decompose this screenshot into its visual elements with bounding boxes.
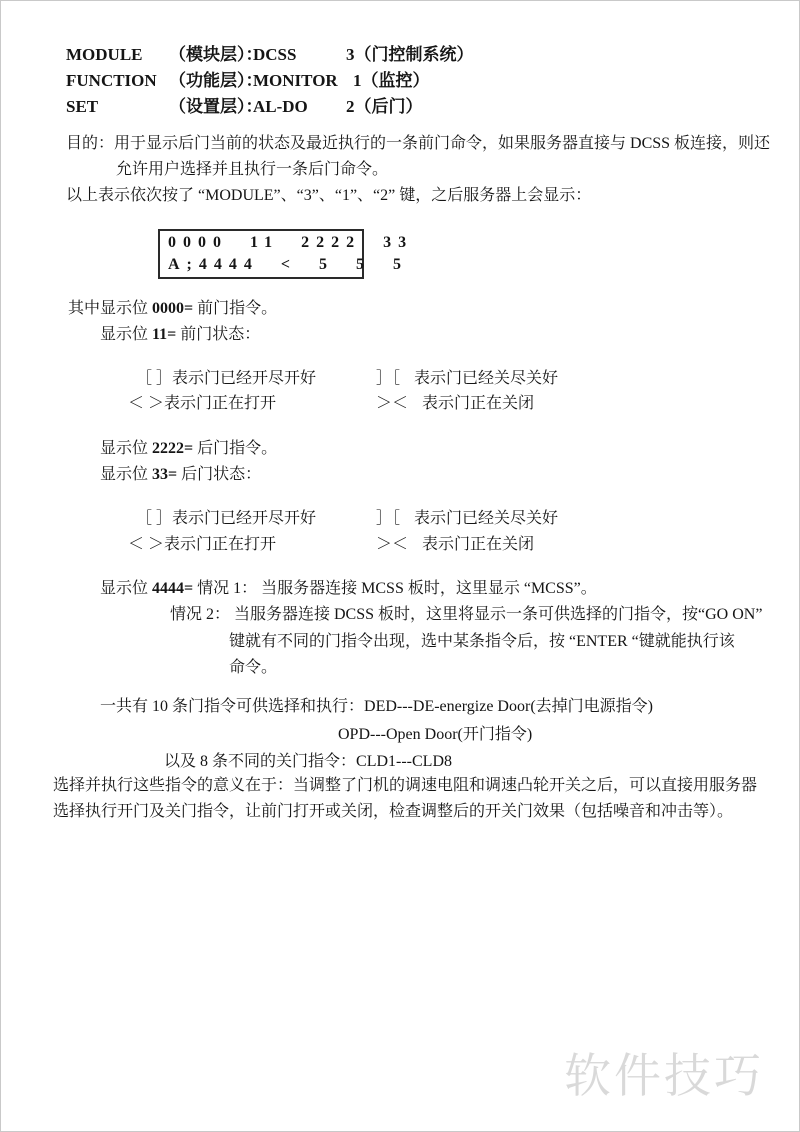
header-function-num: 1（监控）	[353, 71, 430, 91]
closing-line1: 选择并执行这些指令的意义在于：当调整了门机的调速电阻和调速凸轮开关之后，可以直接…	[53, 776, 757, 796]
header-set-zh: （设置层）：	[169, 97, 263, 117]
server-display-box: 0000 11 2222 33 A;4444 < 5 5 5	[158, 229, 364, 279]
closed-done-label: 表示门已经关尽关好	[414, 370, 558, 387]
digit-4444-lead: 显示位	[100, 580, 152, 597]
back-opening: ＜ ＞表示门正在打开	[128, 535, 276, 555]
digit-11-code: 11=	[152, 326, 176, 343]
purpose-text1: 用于显示后门当前的状态及最近执行的一条前门命令，如果服务器直接与 DCSS 板连…	[114, 135, 770, 152]
commands-intro: 一共有 10 条门指令可供选择和执行：	[100, 698, 364, 715]
header-function-zh: （功能层）：	[169, 71, 263, 91]
header-set-num: 2（后门）	[346, 97, 423, 117]
close-commands-range: CLD1---CLD8	[356, 753, 452, 770]
close-commands-intro: 以及 8 条不同的关门指令：	[164, 753, 356, 770]
opening-label: 表示门正在打开	[164, 395, 276, 412]
display-line-2: A;4444 < 5 5 5	[168, 254, 362, 276]
watermark-text: 软件技巧	[564, 1039, 764, 1106]
opening-arrows-symbol: ＜ ＞	[128, 535, 164, 555]
digit-4444-case2-end: 命令。	[229, 658, 277, 678]
digit-11-lead: 显示位	[100, 326, 152, 343]
close-commands-line: 以及 8 条不同的关门指令：CLD1---CLD8	[164, 752, 452, 772]
closing-arrows-symbol: ＞＜	[376, 535, 408, 555]
digit-4444-case2-cont: 键就有不同的门指令出现，选中某条指令后，按 “ENTER “键就能执行该	[229, 632, 735, 652]
digit-0000-line: 其中显示位 0000= 前门指令。	[68, 299, 277, 319]
digit-4444-case1: 情况 1： 当服务器连接 MCSS 板时，这里显示 “MCSS”。	[193, 580, 597, 597]
digit-2222-line: 显示位 2222= 后门指令。	[100, 439, 277, 459]
opening-arrows-symbol: ＜ ＞	[128, 394, 164, 414]
purpose-line2: 允许用户选择并且执行一条后门命令。	[116, 160, 388, 180]
keys-pressed-line: 以上表示依次按了 “MODULE”、“3”、“1”、“2” 键，之后服务器上会显…	[66, 186, 591, 206]
digit-33-line: 显示位 33= 后门状态：	[100, 465, 261, 485]
commands-intro-line: 一共有 10 条门指令可供选择和执行：DED---DE-energize Doo…	[100, 697, 653, 717]
digit-0000-code: 0000=	[152, 300, 193, 317]
digit-11-line: 显示位 11= 前门状态：	[100, 325, 260, 345]
closing-line2: 选择执行开门及关门指令，让前门打开或关闭，检查调整后的开关门效果（包括噪音和冲击…	[53, 802, 733, 822]
header-module-num: 3（门控制系统）	[346, 45, 474, 65]
back-open-done: ［ ］表示门已经开尽开好	[136, 509, 316, 529]
digit-11-text: 前门状态：	[176, 326, 260, 343]
digit-33-lead: 显示位	[100, 466, 152, 483]
digit-4444-case2: 情况 2： 当服务器连接 DCSS 板时，这里将显示一条可供选择的门指令，按“G…	[170, 605, 762, 625]
closed-bracket-symbol: ］［	[376, 509, 400, 529]
header-module-en: MODULE	[66, 45, 143, 65]
digit-4444-line: 显示位 4444= 情况 1： 当服务器连接 MCSS 板时，这里显示 “MCS…	[100, 579, 597, 599]
closed-done-label: 表示门已经关尽关好	[414, 510, 558, 527]
header-module-value: DCSS	[253, 45, 296, 65]
purpose-line1: 目的：用于显示后门当前的状态及最近执行的一条前门命令，如果服务器直接与 DCSS…	[66, 134, 770, 154]
digit-2222-text: 后门指令。	[193, 440, 277, 457]
purpose-label: 目的：	[66, 135, 114, 152]
header-function-en: FUNCTION	[66, 71, 157, 91]
front-open-done: ［ ］表示门已经开尽开好	[136, 369, 316, 389]
closing-label: 表示门正在关闭	[422, 536, 534, 553]
digit-0000-lead: 其中显示位	[68, 300, 152, 317]
front-closing: ＞＜表示门正在关闭	[376, 394, 534, 414]
document-page: MODULE （模块层）： DCSS 3（门控制系统） FUNCTION （功能…	[0, 0, 800, 1132]
digit-4444-code: 4444=	[152, 580, 193, 597]
front-closed-done: ］［表示门已经关尽关好	[376, 369, 558, 389]
opening-label: 表示门正在打开	[164, 536, 276, 553]
back-closing: ＞＜表示门正在关闭	[376, 535, 534, 555]
closing-label: 表示门正在关闭	[422, 395, 534, 412]
header-set-value: AL-DO	[253, 97, 308, 117]
open-done-label: 表示门已经开尽开好	[172, 510, 316, 527]
digit-33-code: 33=	[152, 466, 177, 483]
header-function-value: MONITOR	[253, 71, 338, 91]
open-bracket-symbol: ［ ］	[136, 369, 172, 389]
command-ded: DED---DE-energize Door(去掉门电源指令)	[364, 698, 653, 715]
closing-arrows-symbol: ＞＜	[376, 394, 408, 414]
display-line-1: 0000 11 2222 33	[168, 232, 362, 254]
digit-2222-code: 2222=	[152, 440, 193, 457]
digit-2222-lead: 显示位	[100, 440, 152, 457]
front-opening: ＜ ＞表示门正在打开	[128, 394, 276, 414]
back-closed-done: ］［表示门已经关尽关好	[376, 509, 558, 529]
command-opd: OPD---Open Door(开门指令)	[338, 725, 532, 745]
closed-bracket-symbol: ］［	[376, 369, 400, 389]
digit-0000-text: 前门指令。	[193, 300, 277, 317]
header-set-en: SET	[66, 97, 98, 117]
header-module-zh: （模块层）：	[169, 45, 263, 65]
open-done-label: 表示门已经开尽开好	[172, 370, 316, 387]
digit-33-text: 后门状态：	[177, 466, 261, 483]
open-bracket-symbol: ［ ］	[136, 509, 172, 529]
